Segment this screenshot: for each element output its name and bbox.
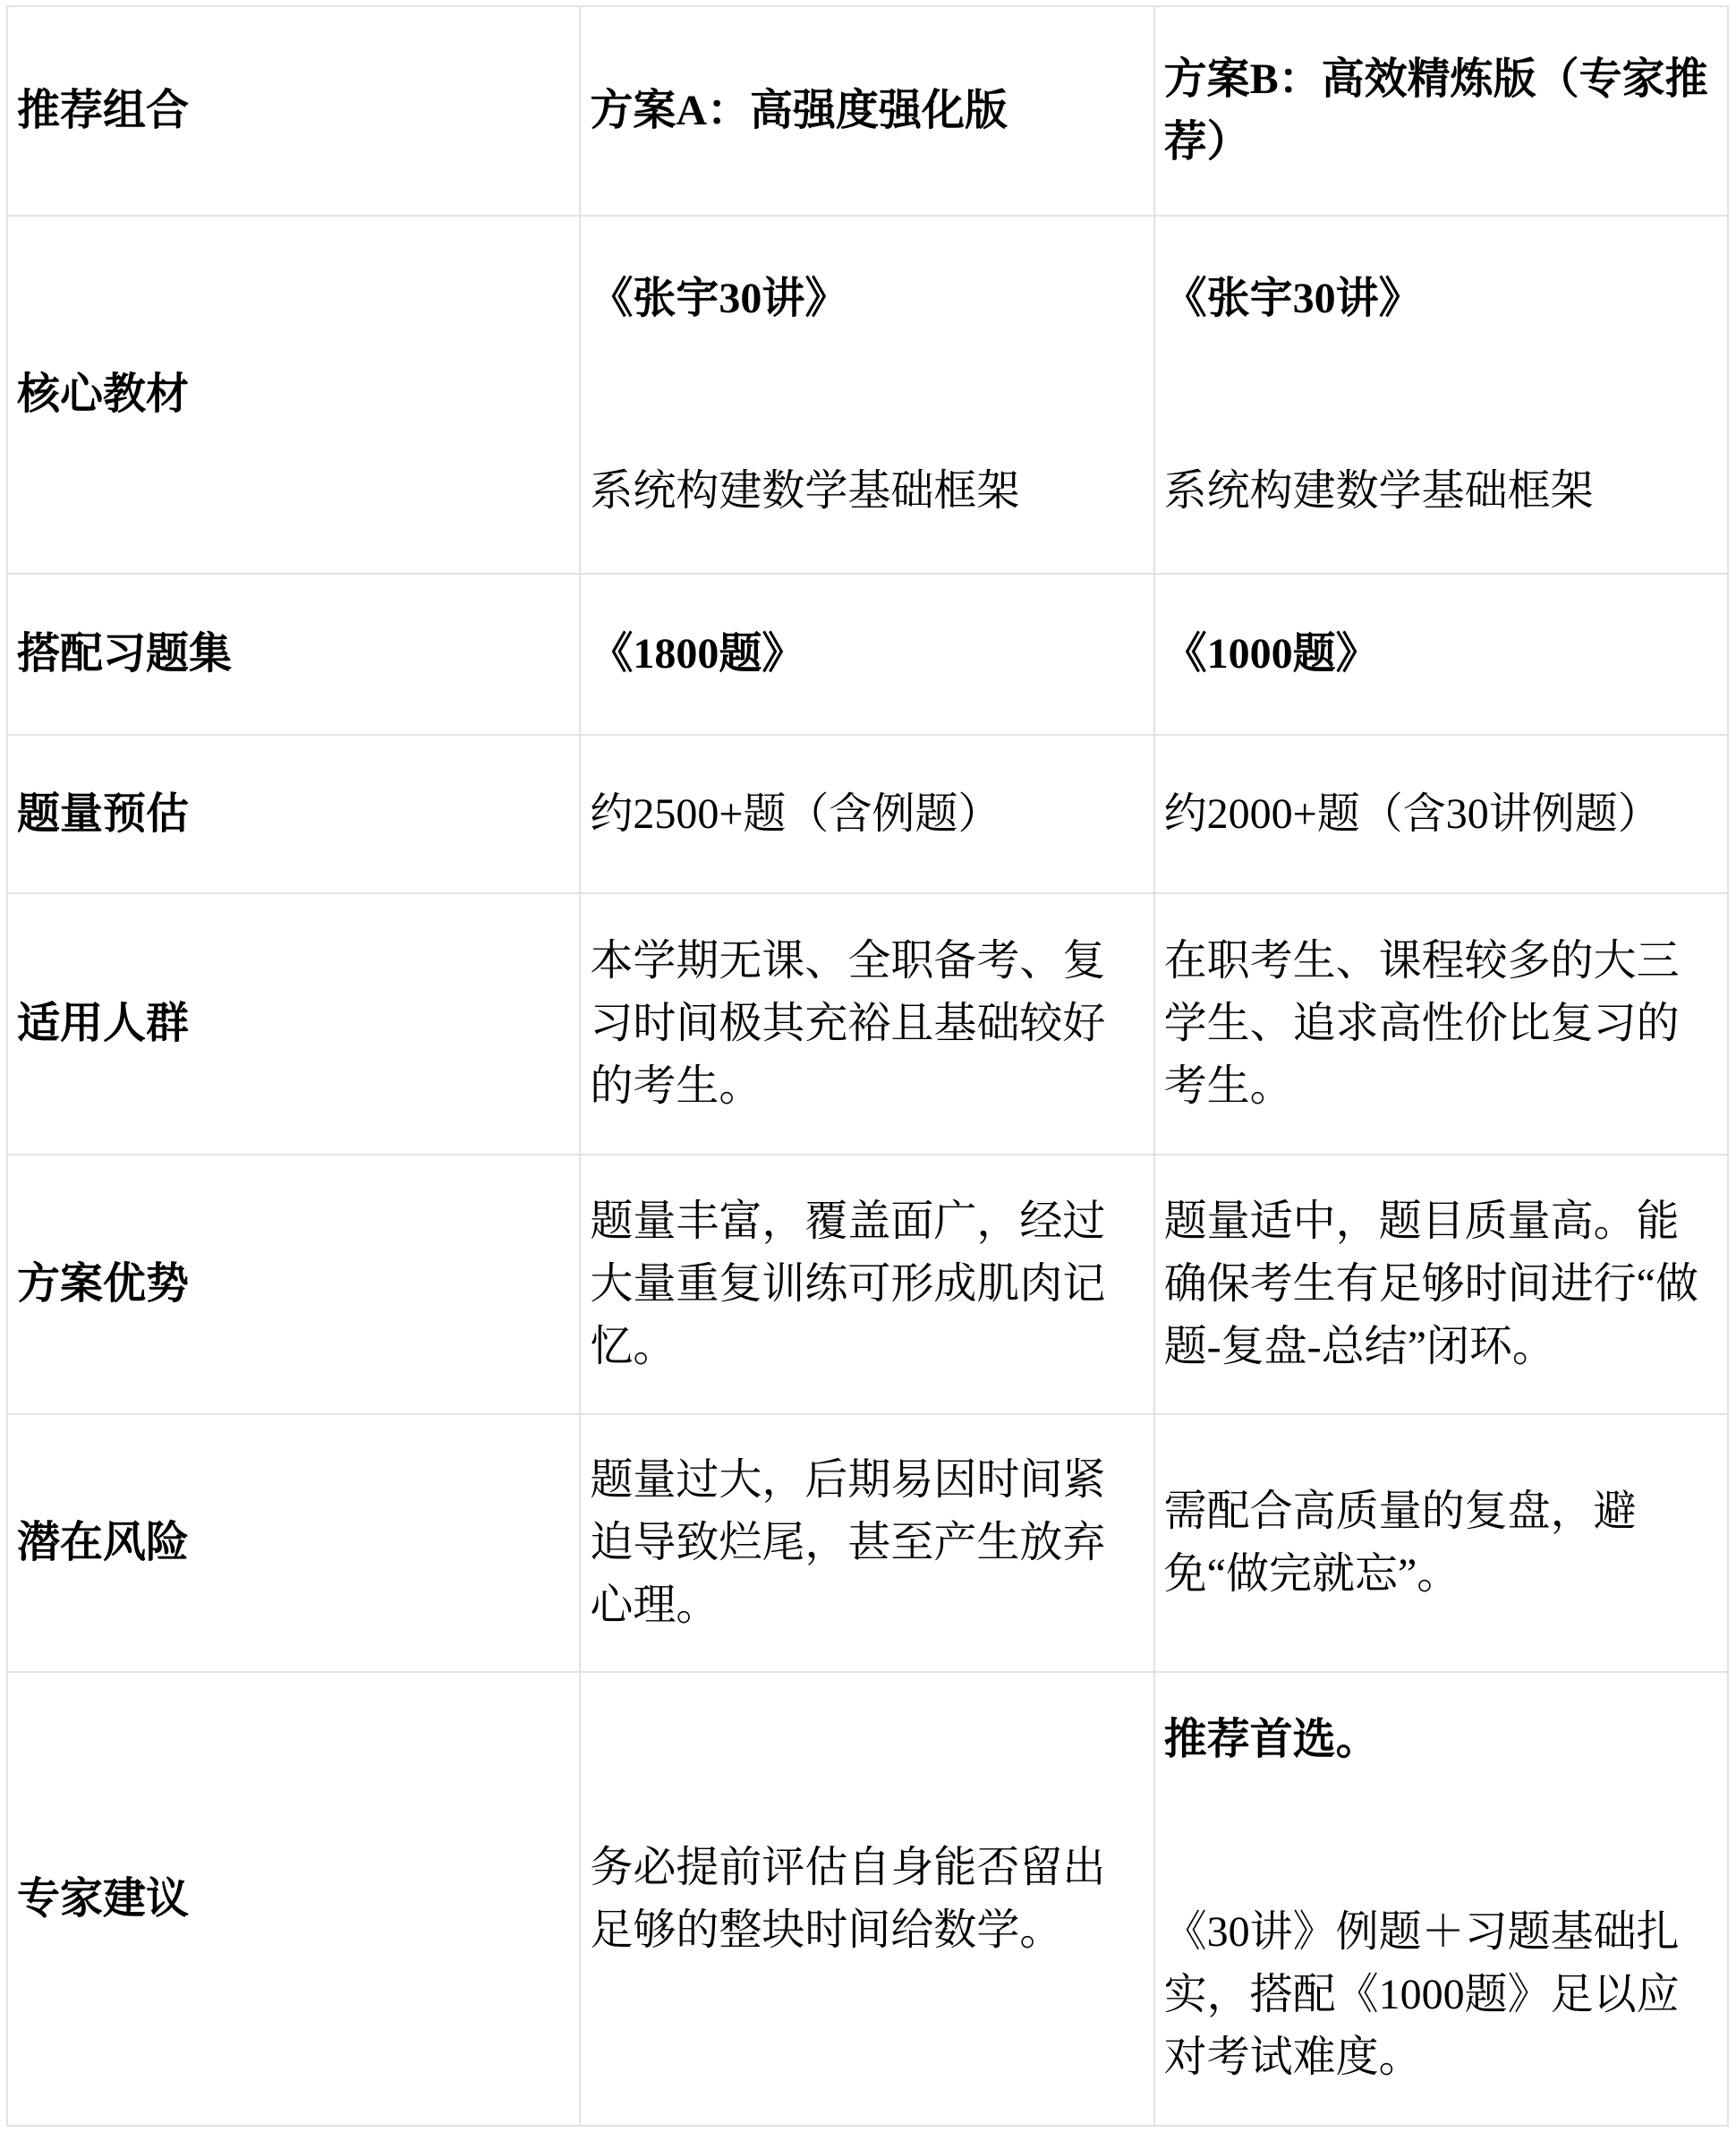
row-label-cell: 适用人群 (7, 893, 580, 1155)
plan-a-cell: 约2500+题（含例题） (580, 735, 1153, 893)
plan-b-cell: 《张宇30讲》 系统构建数学基础框架 (1154, 216, 1728, 574)
row-label-text: 适用人群 (17, 993, 568, 1055)
table-row-question-count: 题量预估 约2500+题（含例题） 约2000+题（含30讲例题） (7, 735, 1728, 893)
plan-a-cell: 《张宇30讲》 系统构建数学基础框架 (580, 216, 1153, 574)
table-row-risks: 潜在风险 题量过大，后期易因时间紧迫导致烂尾，甚至产生放弃心理。 需配合高质量的… (7, 1414, 1728, 1672)
row-label-cell: 题量预估 (7, 735, 580, 893)
cell-text: 本学期无课、全职备考、复习时间极其充裕且基础较好的考生。 (590, 930, 1142, 1118)
header-row: 推荐组合 方案A：高强度强化版 方案B：高效精炼版（专家推荐） (7, 6, 1728, 216)
cell-text: 题量适中，题目质量高。能确保考生有足够时间进行“做题-复盘-总结”闭环。 (1164, 1190, 1716, 1378)
plan-b-cell: 题量适中，题目质量高。能确保考生有足够时间进行“做题-复盘-总结”闭环。 (1154, 1155, 1728, 1414)
header-plan-b-text: 方案B：高效精炼版（专家推荐） (1164, 48, 1716, 174)
cell-text: 题量过大，后期易因时间紧迫导致烂尾，甚至产生放弃心理。 (590, 1449, 1142, 1637)
plan-a-cell: 题量丰富，覆盖面广，经过大量重复训练可形成肌肉记忆。 (580, 1155, 1153, 1414)
row-label-text: 搭配习题集 (17, 623, 568, 686)
row-label-text: 题量预估 (17, 783, 568, 846)
cell-text: 《1000题》 (1164, 623, 1716, 686)
cell-text: 需配合高质量的复盘，避免“做完就忘”。 (1164, 1480, 1716, 1606)
row-label-cell: 方案优势 (7, 1155, 580, 1414)
plan-b-cell: 《1000题》 (1154, 574, 1728, 735)
cell-text: 《张宇30讲》 (590, 268, 1142, 330)
plan-a-cell: 本学期无课、全职备考、复习时间极其充裕且基础较好的考生。 (580, 893, 1153, 1155)
header-plan-a-cell: 方案A：高强度强化版 (580, 6, 1153, 216)
row-label-text: 专家建议 (17, 1868, 568, 1931)
cell-text: 《30讲》例题＋习题基础扎实，搭配《1000题》足以应对考试难度。 (1164, 1901, 1716, 2089)
cell-text: 系统构建数学基础框架 (1164, 460, 1716, 523)
table-row-expert-advice: 专家建议 务必提前评估自身能否留出足够的整块时间给数学。 推荐首选。 《30讲》… (7, 1672, 1728, 2126)
cell-text: 推荐首选。 (1164, 1709, 1716, 1771)
row-label-cell: 搭配习题集 (7, 574, 580, 735)
cell-text: 《张宇30讲》 (1164, 268, 1716, 330)
row-label-cell: 核心教材 (7, 216, 580, 574)
comparison-table: 推荐组合 方案A：高强度强化版 方案B：高效精炼版（专家推荐） 核心教材 《张宇… (6, 5, 1729, 2127)
plan-a-cell: 《1800题》 (580, 574, 1153, 735)
table-row-core-textbook: 核心教材 《张宇30讲》 系统构建数学基础框架 《张宇30讲》 系统构建数学基础… (7, 216, 1728, 574)
row-label-cell: 专家建议 (7, 1672, 580, 2126)
plan-a-cell: 务必提前评估自身能否留出足够的整块时间给数学。 (580, 1672, 1153, 2126)
plan-b-cell: 推荐首选。 《30讲》例题＋习题基础扎实，搭配《1000题》足以应对考试难度。 (1154, 1672, 1728, 2126)
cell-text: 约2500+题（含例题） (590, 783, 1142, 846)
table-row-target-users: 适用人群 本学期无课、全职备考、复习时间极其充裕且基础较好的考生。 在职考生、课… (7, 893, 1728, 1155)
plan-b-cell: 需配合高质量的复盘，避免“做完就忘”。 (1154, 1414, 1728, 1672)
table-row-advantages: 方案优势 题量丰富，覆盖面广，经过大量重复训练可形成肌肉记忆。 题量适中，题目质… (7, 1155, 1728, 1414)
row-label-text: 方案优势 (17, 1253, 568, 1316)
cell-text: 在职考生、课程较多的大三学生、追求高性价比复习的考生。 (1164, 930, 1716, 1118)
cell-text: 务必提前评估自身能否留出足够的整块时间给数学。 (590, 1837, 1142, 1962)
row-label-cell: 潜在风险 (7, 1414, 580, 1672)
table-row-problem-set: 搭配习题集 《1800题》 《1000题》 (7, 574, 1728, 735)
row-label-text: 核心教材 (17, 363, 568, 426)
plan-a-cell: 题量过大，后期易因时间紧迫导致烂尾，甚至产生放弃心理。 (580, 1414, 1153, 1672)
plan-b-cell: 约2000+题（含30讲例题） (1154, 735, 1728, 893)
header-plan-a-text: 方案A：高强度强化版 (590, 80, 1142, 142)
cell-text: 约2000+题（含30讲例题） (1164, 783, 1716, 846)
cell-text: 题量丰富，覆盖面广，经过大量重复训练可形成肌肉记忆。 (590, 1190, 1142, 1378)
header-label-cell: 推荐组合 (7, 6, 580, 216)
row-label-text: 潜在风险 (17, 1512, 568, 1574)
cell-text: 《1800题》 (590, 623, 1142, 686)
header-plan-b-cell: 方案B：高效精炼版（专家推荐） (1154, 6, 1728, 216)
plan-b-cell: 在职考生、课程较多的大三学生、追求高性价比复习的考生。 (1154, 893, 1728, 1155)
header-label-text: 推荐组合 (17, 80, 568, 142)
page: 推荐组合 方案A：高强度强化版 方案B：高效精炼版（专家推荐） 核心教材 《张宇… (0, 0, 1736, 2132)
cell-text: 系统构建数学基础框架 (590, 460, 1142, 523)
